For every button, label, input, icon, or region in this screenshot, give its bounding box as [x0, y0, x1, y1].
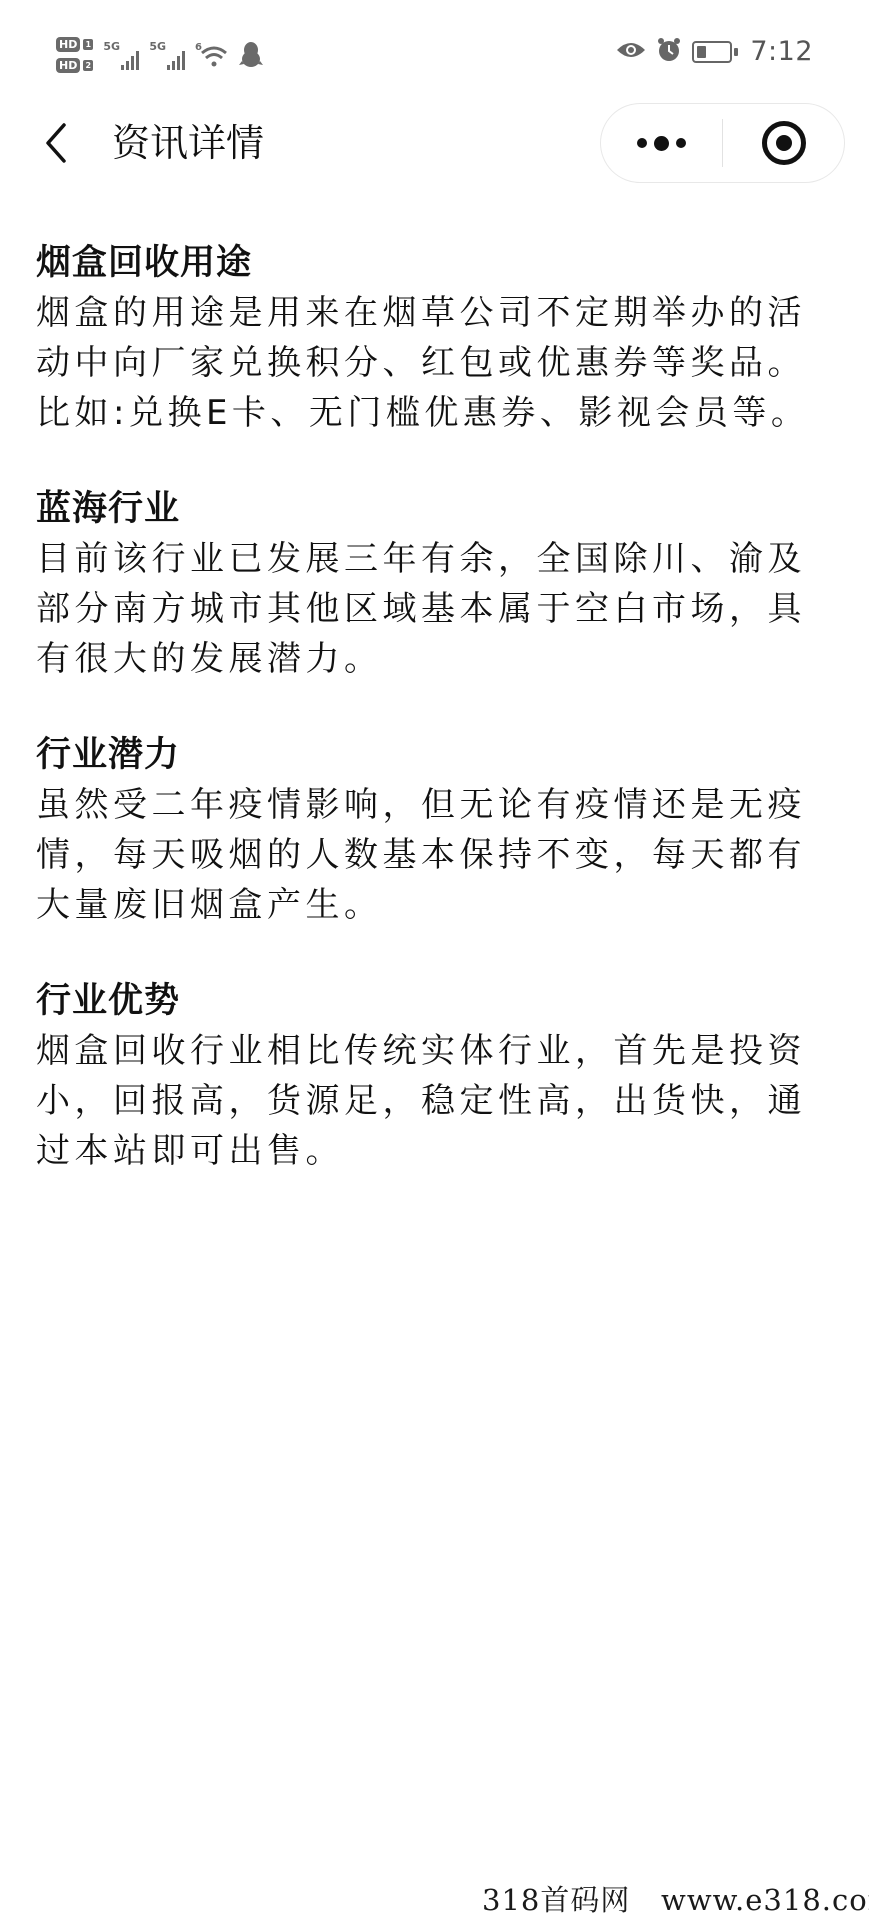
hd-icon: HD	[56, 37, 80, 52]
eye-icon	[616, 40, 646, 64]
section-heading: 行业潜力	[36, 730, 836, 780]
hd-indicators: HD 1 HD 2	[56, 37, 93, 73]
signal1-label: 5G	[103, 40, 120, 53]
more-button[interactable]	[601, 104, 722, 182]
qq-penguin-icon	[239, 41, 263, 69]
status-bar-left: HD 1 HD 2 5G 5G	[56, 33, 263, 77]
target-circle-icon	[762, 121, 806, 165]
nav-bar: 资讯详情	[0, 100, 869, 188]
hd-icon: HD	[56, 58, 80, 73]
back-button[interactable]	[36, 118, 76, 168]
clock-time: 7:12	[750, 36, 813, 67]
signal-5g-icon: 5G	[149, 40, 185, 70]
section-body: 烟盒的用途是用来在烟草公司不定期举办的活动中向厂家兑换积分、红包或优惠券等奖品。…	[36, 288, 836, 438]
section-body: 烟盒回收行业相比传统实体行业，首先是投资小，回报高，货源足，稳定性高，出货快，通…	[36, 1026, 836, 1176]
hd-sim2: HD 2	[56, 58, 93, 73]
signal2-label: 5G	[149, 40, 166, 53]
page-title: 资讯详情	[112, 120, 264, 166]
more-dots-icon	[637, 136, 686, 151]
section-heading: 行业优势	[36, 976, 836, 1026]
section-heading: 蓝海行业	[36, 484, 836, 534]
close-miniprogram-button[interactable]	[723, 104, 844, 182]
signal-bars	[167, 51, 185, 70]
article-content: 烟盒回收用途 烟盒的用途是用来在烟草公司不定期举办的活动中向厂家兑换积分、红包或…	[36, 238, 836, 1222]
watermark-text: 318首码网 www.e318.com	[482, 1878, 869, 1919]
article-section: 烟盒回收用途 烟盒的用途是用来在烟草公司不定期举办的活动中向厂家兑换积分、红包或…	[36, 238, 836, 438]
status-bar-right: 7:12	[616, 36, 813, 67]
miniprogram-capsule	[600, 103, 845, 183]
article-section: 行业优势 烟盒回收行业相比传统实体行业，首先是投资小，回报高，货源足，稳定性高，…	[36, 976, 836, 1176]
alarm-icon	[656, 37, 682, 67]
status-bar: HD 1 HD 2 5G 5G	[0, 0, 869, 100]
battery-icon	[692, 41, 732, 63]
sim1-number: 1	[83, 39, 93, 50]
section-heading: 烟盒回收用途	[36, 238, 836, 288]
section-body: 目前该行业已发展三年有余，全国除川、渝及部分南方城市其他区域基本属于空白市场，具…	[36, 534, 836, 684]
article-section: 行业潜力 虽然受二年疫情影响，但无论有疫情还是无疫情，每天吸烟的人数基本保持不变…	[36, 730, 836, 930]
signal-bars	[121, 51, 139, 70]
signal-5g-icon: 5G	[103, 40, 139, 70]
chevron-left-icon	[44, 121, 68, 165]
sim2-number: 2	[83, 60, 93, 71]
section-body: 虽然受二年疫情影响，但无论有疫情还是无疫情，每天吸烟的人数基本保持不变，每天都有…	[36, 780, 836, 930]
svg-text:6: 6	[195, 42, 202, 53]
hd-sim1: HD 1	[56, 37, 93, 52]
screen: HD 1 HD 2 5G 5G	[0, 0, 869, 1920]
article-section: 蓝海行业 目前该行业已发展三年有余，全国除川、渝及部分南方城市其他区域基本属于空…	[36, 484, 836, 684]
wifi-6-icon: 6	[195, 40, 229, 70]
